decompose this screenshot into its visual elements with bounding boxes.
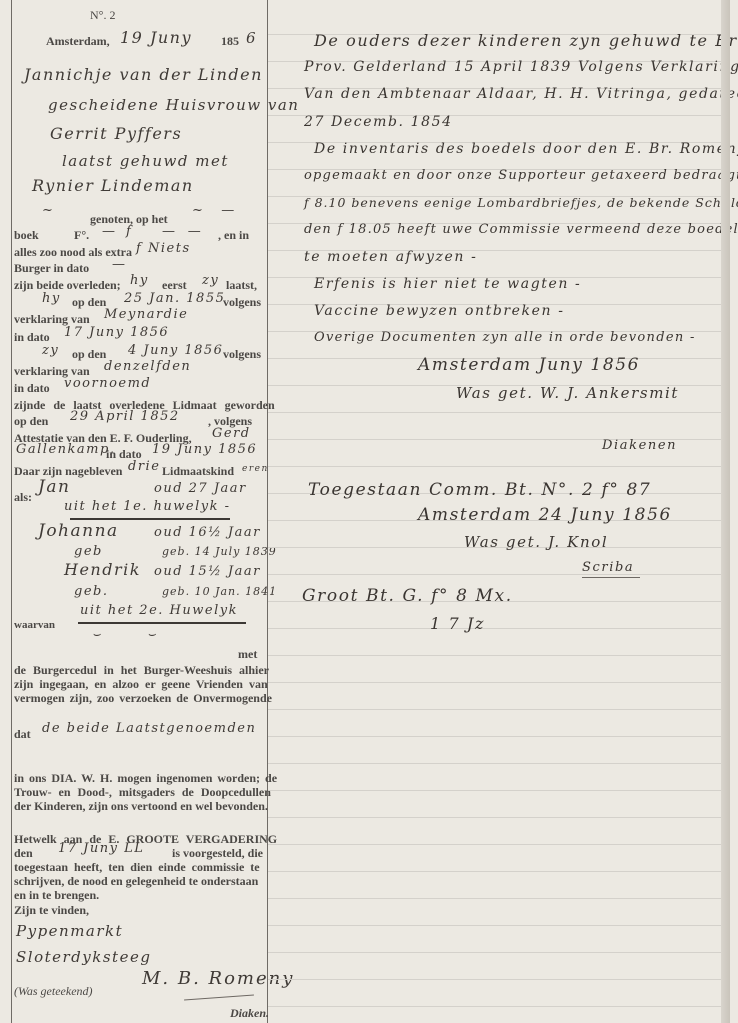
note-line: Van den Ambtenaar Aldaar, H. H. Vitringa… <box>304 86 738 102</box>
den-label: den <box>14 846 33 860</box>
lidmaatskind-suffix: eren <box>242 462 269 476</box>
dat-value: de beide Laatstgenoemden <box>42 722 256 736</box>
last-deceased: zy <box>202 274 219 288</box>
overleden-label: zijn beide overleden; <box>14 278 121 292</box>
note-line: den f 18.05 heeft uwe Commissie vermeend… <box>304 222 738 237</box>
vergadering-date: 17 Juny LL <box>58 842 144 856</box>
child-age: oud 16½ Jaar <box>154 526 261 540</box>
burgercedul-line: de Burgercedul in het Burger-Weeshuis al… <box>14 663 269 677</box>
burger-label: Burger in dato <box>14 261 89 275</box>
op-den-label: op den <box>72 347 106 361</box>
blank-dash: — — <box>162 225 202 239</box>
folio-value: — <box>102 225 117 239</box>
lidmaat-date: 29 April 1852 <box>70 410 180 424</box>
children-count: drie <box>128 460 160 474</box>
attestatie-date: 19 Juny 1856 <box>152 443 257 457</box>
applicant-name: Jannichje van der Linden <box>24 68 263 82</box>
eerst-label: eerst <box>162 278 187 292</box>
op-den-label: op den <box>14 414 48 428</box>
hetwelk-line: Hetwelk aan de E. GROOTE VERGADERING <box>14 832 277 846</box>
death2-who: zy <box>42 344 59 358</box>
als-label: als: <box>14 490 32 504</box>
note-line: 27 Decemb. 1854 <box>304 114 453 130</box>
dia-line: Trouw- en Dood-, mitsgaders de Doopcedul… <box>14 785 271 799</box>
place-date-2: Amsterdam 24 Juny 1856 <box>418 505 672 525</box>
toegestaan-line: en in te brengen. <box>14 888 99 902</box>
met-label: met <box>238 647 257 661</box>
approval-line: Toegestaan Comm. Bt. N°. 2 f° 87 <box>308 480 651 500</box>
vinden-label: Zijn te vinden, <box>14 903 89 917</box>
ouderling-first-name: Gerd <box>212 427 251 441</box>
voorgesteld-label: is voorgesteld, die <box>172 846 263 860</box>
printed-form-panel: N°. 2 Amsterdam, 19 Juny 185 6 Jannichje… <box>11 0 268 1023</box>
sub-line: 1 7 Jz <box>430 614 485 633</box>
signature-flourish <box>184 995 254 1001</box>
burger-value: — <box>112 258 127 272</box>
laatst-label: laatst, <box>226 278 257 292</box>
note-line: f 8.10 benevens eenige Lombardbriefjes, … <box>304 195 738 210</box>
note-line: Erfenis is hier niet te wagten - <box>314 276 581 292</box>
marriage-note: uit het 2e. Huwelyk <box>80 604 238 618</box>
death1-date: 25 Jan. 1855 <box>124 292 225 306</box>
toegestaan-line: toegestaan heeft, ten dien einde commiss… <box>14 860 260 874</box>
burgercedul-line: vermogen zijn, zoo verzoeken de Onvermog… <box>14 691 272 705</box>
death2-date: 4 Juny 1856 <box>128 344 223 358</box>
child-age: oud 15½ Jaar <box>154 565 261 579</box>
dato2-value: voornoemd <box>64 377 151 391</box>
role-label: Diaken. <box>230 1006 269 1020</box>
address-line: Sloterdyksteeg <box>16 950 151 964</box>
year-printed: 185 <box>221 34 239 48</box>
note-line: opgemaakt en door onze Supporteur getaxe… <box>304 168 738 183</box>
child-name: Jan <box>38 480 70 494</box>
applicant-status: gescheidene Huisvrouw van <box>48 98 299 112</box>
underline <box>70 518 230 520</box>
page-binding-edge <box>721 0 730 1023</box>
dia-line: der Kinderen, zijn ons vertoond en wel b… <box>14 799 268 813</box>
blank-dash: ⌣ ⌣ <box>92 628 157 642</box>
extra-value: Niets <box>148 242 191 256</box>
spouse-name: Gerrit Pyffers <box>50 127 182 141</box>
geb-label: geb. <box>74 585 108 599</box>
note-line: Vaccine bewyzen ontbreken - <box>314 303 565 319</box>
underline <box>78 622 246 624</box>
nagebleven-label: Daar zijn nagebleven <box>14 464 122 478</box>
married-label: laatst gehuwd met <box>62 154 229 168</box>
ouderling-surname: Gallenkamp, <box>16 443 115 457</box>
blank-dash: ~ — <box>192 204 236 218</box>
child-name: Hendrik <box>64 563 141 577</box>
blank-dash: ~ <box>42 204 54 218</box>
document-page: N°. 2 Amsterdam, 19 Juny 185 6 Jannichje… <box>0 0 738 1023</box>
in-dato-label: in dato <box>14 330 50 344</box>
note-line: De inventaris des boedels door den E. Br… <box>314 141 738 157</box>
form-number: N°. 2 <box>90 8 115 22</box>
volgens-label: volgens <box>223 347 261 361</box>
verklaring-label: verklaring van <box>14 312 90 326</box>
note-line: Prov. Gelderland 15 April 1839 Volgens V… <box>304 59 738 75</box>
ruled-sheet: De ouders dezer kinderen zyn gehuwd te E… <box>268 0 730 1023</box>
place-date: Amsterdam Juny 1856 <box>418 355 640 375</box>
death1-who: hy <box>42 292 61 306</box>
birth-date: geb. 14 July 1839 <box>162 545 277 559</box>
diakenen-label: Diakenen <box>602 438 677 453</box>
verklaring1-value: Meynardie <box>104 308 188 322</box>
groot-line: Groot Bt. G. f° 8 Mx. <box>302 586 513 606</box>
lidmaatskind-label: Lidmaatskind <box>162 464 234 478</box>
burgercedul-line: zijn ingegaan, en alzoo er geene Vriende… <box>14 677 268 691</box>
request-date: 19 Juny <box>120 31 192 45</box>
en-in-label: , en in <box>218 228 249 242</box>
waarvan-label: waarvan <box>14 618 55 632</box>
in-dato-label: in dato <box>14 381 50 395</box>
note-line: De ouders dezer kinderen zyn gehuwd te E… <box>314 31 738 50</box>
note-line: Overige Documenten zyn alle in orde bevo… <box>314 330 696 345</box>
signed-label: (Was geteekend) <box>14 984 93 998</box>
geb-label: geb <box>74 545 103 559</box>
scriba-label: Scriba <box>582 560 634 575</box>
address-line: Pypenmarkt <box>16 924 123 938</box>
folio-label: F°. <box>74 228 89 242</box>
dia-line: in ons DIA. W. H. mogen ingenomen worden… <box>14 771 277 785</box>
dato1-value: 17 Juny 1856 <box>64 326 169 340</box>
place-label: Amsterdam, <box>46 34 110 48</box>
boek-label: boek <box>14 228 39 242</box>
signature-ankersmit: Was get. W. J. Ankersmit <box>456 384 679 402</box>
toegestaan-line: schrijven, de nood en gelegenheid te ond… <box>14 874 258 888</box>
scriba-underline <box>582 577 640 578</box>
husband-name: Rynier Lindeman <box>32 179 194 193</box>
guilder-symbol: f <box>136 242 142 256</box>
note-line: te moeten afwyzen - <box>304 249 477 265</box>
guilder-symbol: f <box>126 225 132 239</box>
year-handwritten: 6 <box>246 31 257 45</box>
signature-knol: Was get. J. Knol <box>464 533 608 551</box>
child-name: Johanna <box>38 524 119 538</box>
child-age: oud 27 Jaar <box>154 482 247 496</box>
birth-date: geb. 10 Jan. 1841 <box>162 585 277 599</box>
marriage-note: uit het 1e. huwelyk - <box>64 500 231 514</box>
dat-label: dat <box>14 727 31 741</box>
first-deceased: hy <box>130 274 149 288</box>
op-den-label: op den <box>72 295 106 309</box>
verklaring2-value: denzelfden <box>104 360 191 374</box>
volgens-label: volgens <box>223 295 261 309</box>
